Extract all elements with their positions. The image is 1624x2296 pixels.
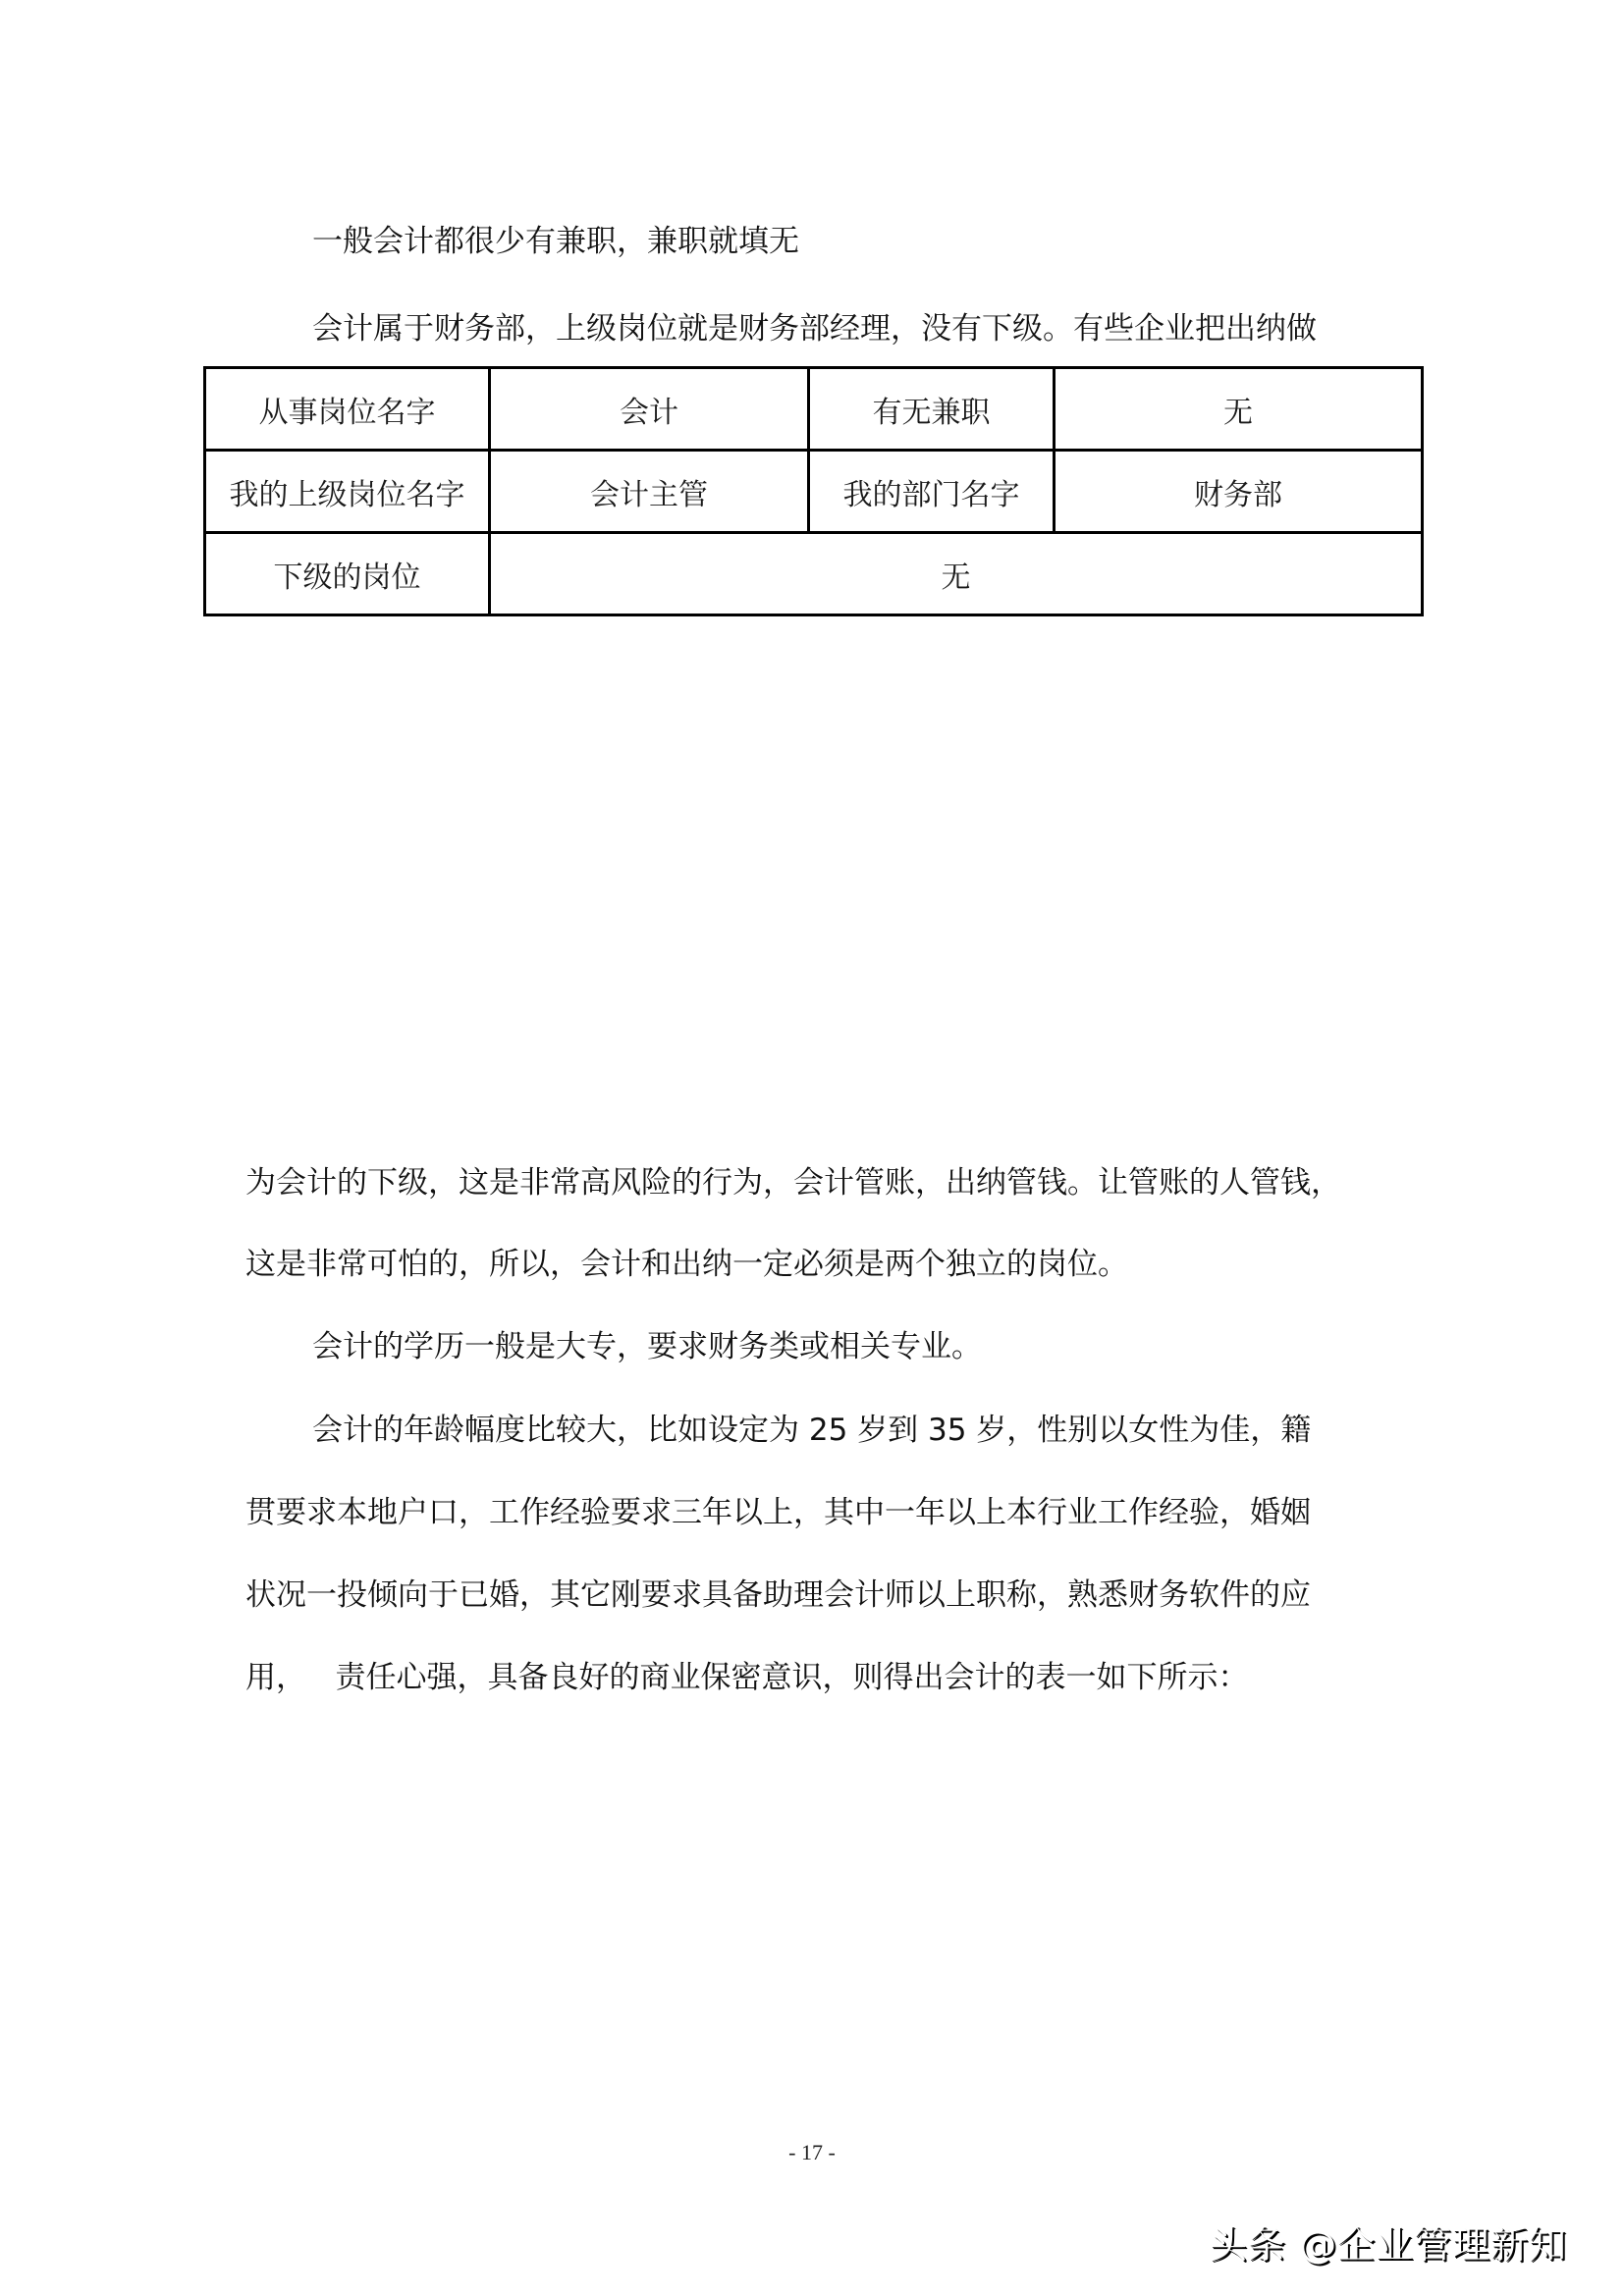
paragraph-line: 为会计的下级，这是非常高风险的行为，会计管账，出纳管钱。让管账的人管钱， xyxy=(245,1166,1424,1200)
table-cell-label: 我的上级岗位名字 xyxy=(205,451,490,533)
table-cell-label: 从事岗位名字 xyxy=(205,368,490,451)
document-page: 一般会计都很少有兼职，兼职就填无 会计属于财务部，上级岗位就是财务部经理，没有下… xyxy=(0,0,1624,2296)
position-info-table: 从事岗位名字 会计 有无兼职 无 我的上级岗位名字 会计主管 我的部门名字 财务… xyxy=(203,366,1424,616)
paragraph-line: 贯要求本地户口，工作经验要求三年以上，其中一年以上本行业工作经验，婚姻 xyxy=(245,1496,1424,1529)
paragraph-line: 状况一投倾向于已婚，其它刚要求具备助理会计师以上职称，熟悉财务软件的应 xyxy=(245,1578,1424,1612)
paragraph-department-intro: 会计属于财务部，上级岗位就是财务部经理，没有下级。有些企业把出纳做 xyxy=(312,312,1490,346)
paragraph-education: 会计的学历一般是大专，要求财务类或相关专业。 xyxy=(312,1330,1490,1363)
paragraph-requirements: 会计的年龄幅度比较大，比如设定为 25 岁到 35 岁，性别以女性为佳，籍 xyxy=(312,1414,1490,1447)
table-cell-value: 会计 xyxy=(490,368,809,451)
table-cell-value: 无 xyxy=(490,533,1423,615)
table-row: 从事岗位名字 会计 有无兼职 无 xyxy=(205,368,1423,451)
paragraph-part-time-note: 一般会计都很少有兼职，兼职就填无 xyxy=(312,225,1490,258)
table-row: 下级的岗位 无 xyxy=(205,533,1423,615)
table-row: 我的上级岗位名字 会计主管 我的部门名字 财务部 xyxy=(205,451,1423,533)
table-cell-label: 有无兼职 xyxy=(809,368,1055,451)
paragraph-line: 这是非常可怕的，所以，会计和出纳一定必须是两个独立的岗位。 xyxy=(245,1248,1424,1281)
paragraph-line: 用， 责任心强，具备良好的商业保密意识，则得出会计的表一如下所示： xyxy=(245,1661,1424,1694)
table-cell-value: 无 xyxy=(1055,368,1423,451)
table-cell-value: 财务部 xyxy=(1055,451,1423,533)
watermark: 头条 @企业管理新知 xyxy=(1210,2215,1567,2269)
table-cell-label: 我的部门名字 xyxy=(809,451,1055,533)
table-cell-label: 下级的岗位 xyxy=(205,533,490,615)
table-cell-value: 会计主管 xyxy=(490,451,809,533)
page-number: - 17 - xyxy=(0,2140,1624,2165)
